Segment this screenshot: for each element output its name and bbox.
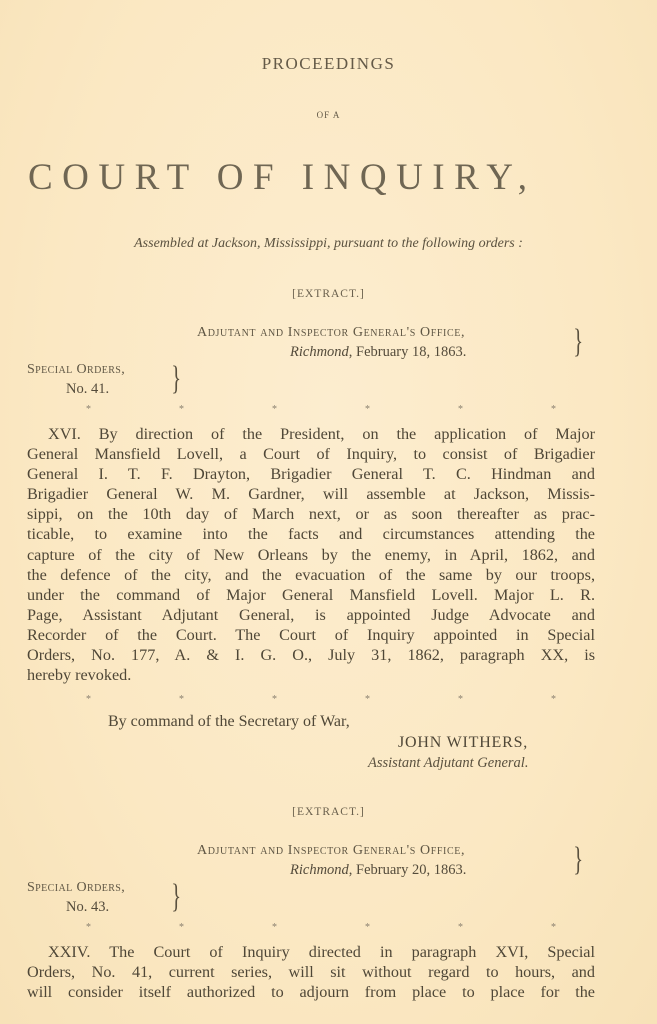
star: * — [86, 922, 91, 933]
ellipsis-stars-3: * * * * * * — [86, 922, 556, 933]
signatory-title: Assistant Adjutant General. — [368, 755, 528, 772]
paragraph-line: Recorder of the Court. The Court of Inqu… — [27, 625, 595, 645]
paragraph-line: General I. T. F. Drayton, Brigadier Gene… — [27, 464, 595, 484]
title-court-of-inquiry: COURT OF INQUIRY, — [28, 156, 536, 199]
paragraph-line: Page, Assistant Adjutant General, is app… — [27, 605, 595, 625]
office-date-1: Richmond, February 18, 1863. — [290, 344, 466, 361]
office-heading-1: Adjutant and Inspector General's Office, — [197, 325, 465, 341]
extract-label-1: [EXTRACT.] — [0, 288, 657, 300]
star: * — [86, 694, 91, 705]
ellipsis-stars-1: * * * * * * — [86, 404, 556, 415]
star: * — [272, 404, 277, 415]
date-text: , February 20, 1863. — [349, 862, 467, 878]
paragraph-line: sippi, on the 10th day of March next, or… — [27, 504, 595, 524]
extract-label-2: [EXTRACT.] — [0, 806, 657, 818]
brace-orders-2: } — [171, 880, 181, 914]
signatory-name: JOHN WITHERS, — [398, 734, 528, 752]
star: * — [272, 694, 277, 705]
title-of-a: OF A — [0, 110, 657, 120]
star: * — [458, 404, 463, 415]
special-orders-label-2: Special Orders, — [27, 880, 125, 896]
star: * — [551, 922, 556, 933]
paragraph-line: capture of the city of New Orleans by th… — [27, 545, 595, 565]
office-date-2: Richmond, February 20, 1863. — [290, 862, 466, 879]
paragraph-line: the defence of the city, and the evacuat… — [27, 565, 595, 585]
star: * — [458, 694, 463, 705]
command-line: By command of the Secretary of War, — [108, 713, 350, 731]
paragraph-line: Orders, No. 41, current series, will sit… — [27, 962, 595, 982]
brace-office-1: } — [573, 325, 583, 359]
paragraph-line: XXIV. The Court of Inquiry directed in p… — [27, 942, 595, 962]
star: * — [179, 922, 184, 933]
paragraph-line: Orders, No. 177, A. & I. G. O., July 31,… — [27, 645, 595, 665]
subtitle-assembled: Assembled at Jackson, Mississippi, pursu… — [0, 236, 657, 252]
special-orders-number-2: No. 43. — [66, 899, 109, 916]
title-proceedings: PROCEEDINGS — [0, 54, 657, 74]
paragraph-line: XVI. By direction of the President, on t… — [27, 424, 595, 444]
star: * — [272, 922, 277, 933]
special-orders-number-1: No. 41. — [66, 381, 109, 398]
brace-orders-1: } — [171, 362, 181, 396]
special-orders-label-1: Special Orders, — [27, 362, 125, 378]
place-name: Richmond — [290, 862, 349, 878]
star: * — [179, 404, 184, 415]
office-heading-2: Adjutant and Inspector General's Office, — [197, 843, 465, 859]
star: * — [86, 404, 91, 415]
paragraph-line: General Mansfield Lovell, a Court of Inq… — [27, 444, 595, 464]
star: * — [551, 694, 556, 705]
star: * — [365, 404, 370, 415]
paragraph-line: will consider itself authorized to adjou… — [27, 982, 595, 1002]
star: * — [458, 922, 463, 933]
paragraph-line: Brigadier General W. M. Gardner, will as… — [27, 484, 595, 504]
brace-office-2: } — [573, 843, 583, 877]
ellipsis-stars-2: * * * * * * — [86, 694, 556, 705]
date-text: , February 18, 1863. — [349, 344, 467, 360]
star: * — [551, 404, 556, 415]
paragraph-xxiv: XXIV. The Court of Inquiry directed in p… — [27, 942, 595, 1002]
paragraph-line: hereby revoked. — [27, 665, 595, 685]
star: * — [179, 694, 184, 705]
paragraph-xvi: XVI. By direction of the President, on t… — [27, 424, 595, 685]
star: * — [365, 694, 370, 705]
place-name: Richmond — [290, 344, 349, 360]
paragraph-line: under the command of Major General Mansf… — [27, 585, 595, 605]
paragraph-line: ticable, to examine into the facts and c… — [27, 524, 595, 544]
star: * — [365, 922, 370, 933]
